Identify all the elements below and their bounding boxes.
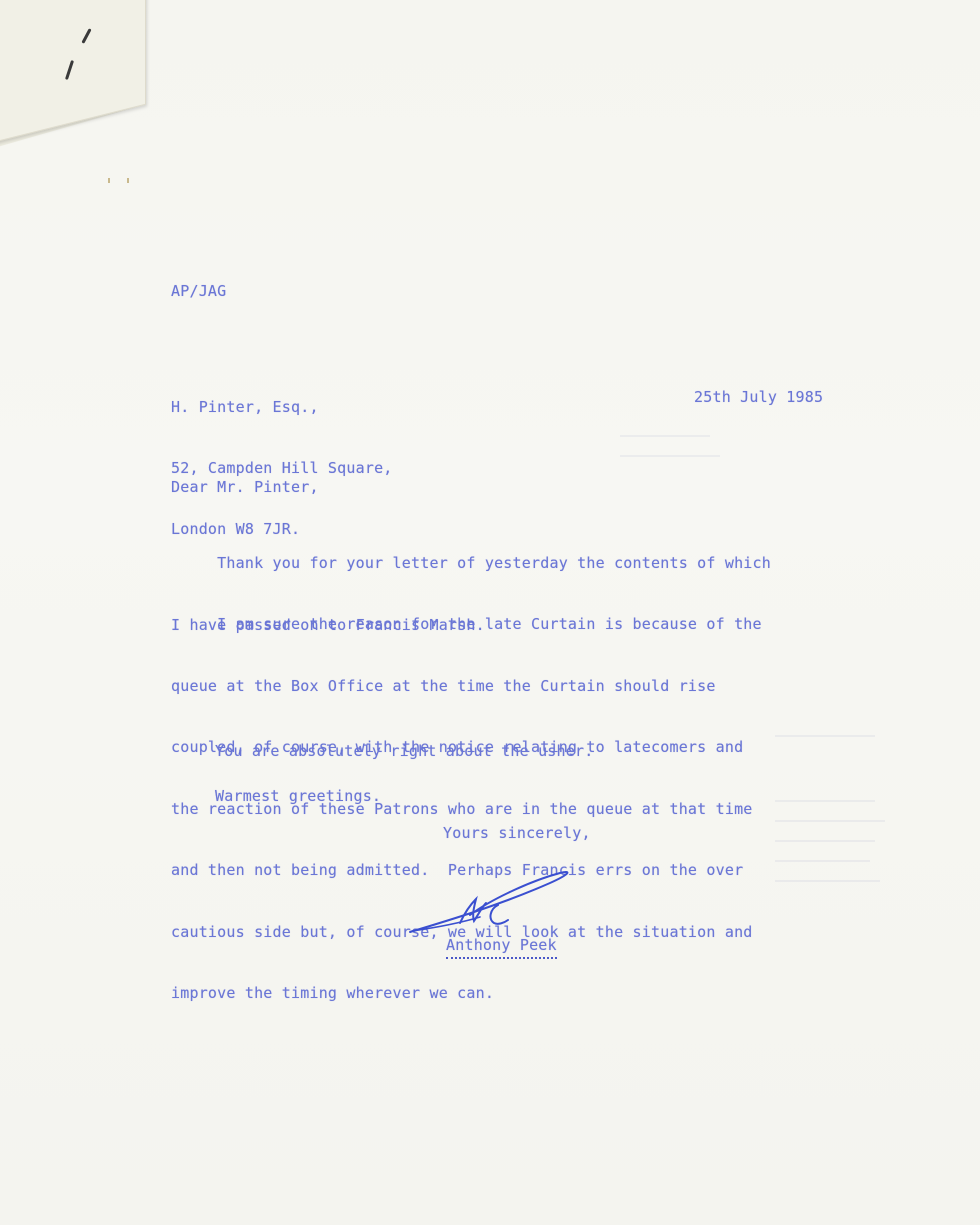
paper-speck: [127, 178, 129, 183]
paragraph-line: I am sure the reason for the late Curtai…: [171, 614, 762, 635]
show-through-text: [620, 455, 720, 457]
show-through-text: [775, 800, 875, 802]
reference-code: AP/JAG: [171, 281, 226, 302]
address-line: H. Pinter, Esq.,: [171, 397, 393, 417]
body-paragraph: You are absolutely right about the usher…: [215, 741, 593, 762]
address-line: 52, Campden Hill Square,: [171, 458, 393, 478]
signer-name: Anthony Peek: [446, 935, 557, 959]
letter-page: AP/JAG H. Pinter, Esq., 52, Campden Hill…: [0, 0, 980, 1225]
show-through-text: [775, 820, 885, 822]
valediction: Yours sincerely,: [443, 823, 591, 844]
letter-date: 25th July 1985: [694, 387, 823, 408]
show-through-text: [775, 840, 875, 842]
show-through-text: [775, 860, 870, 862]
paper-speck: [108, 178, 110, 183]
handwritten-signature-icon: [400, 865, 580, 945]
show-through-text: [775, 735, 875, 737]
paragraph-line: Thank you for your letter of yesterday t…: [171, 553, 771, 574]
closing-greeting: Warmest greetings.: [215, 786, 381, 807]
body-paragraph: I am sure the reason for the late Curtai…: [171, 573, 762, 1045]
show-through-text: [620, 435, 710, 437]
salutation: Dear Mr. Pinter,: [171, 477, 319, 498]
show-through-text: [775, 880, 880, 882]
paragraph-line: queue at the Box Office at the time the …: [171, 676, 762, 697]
paragraph-line: improve the timing wherever we can.: [171, 983, 762, 1004]
